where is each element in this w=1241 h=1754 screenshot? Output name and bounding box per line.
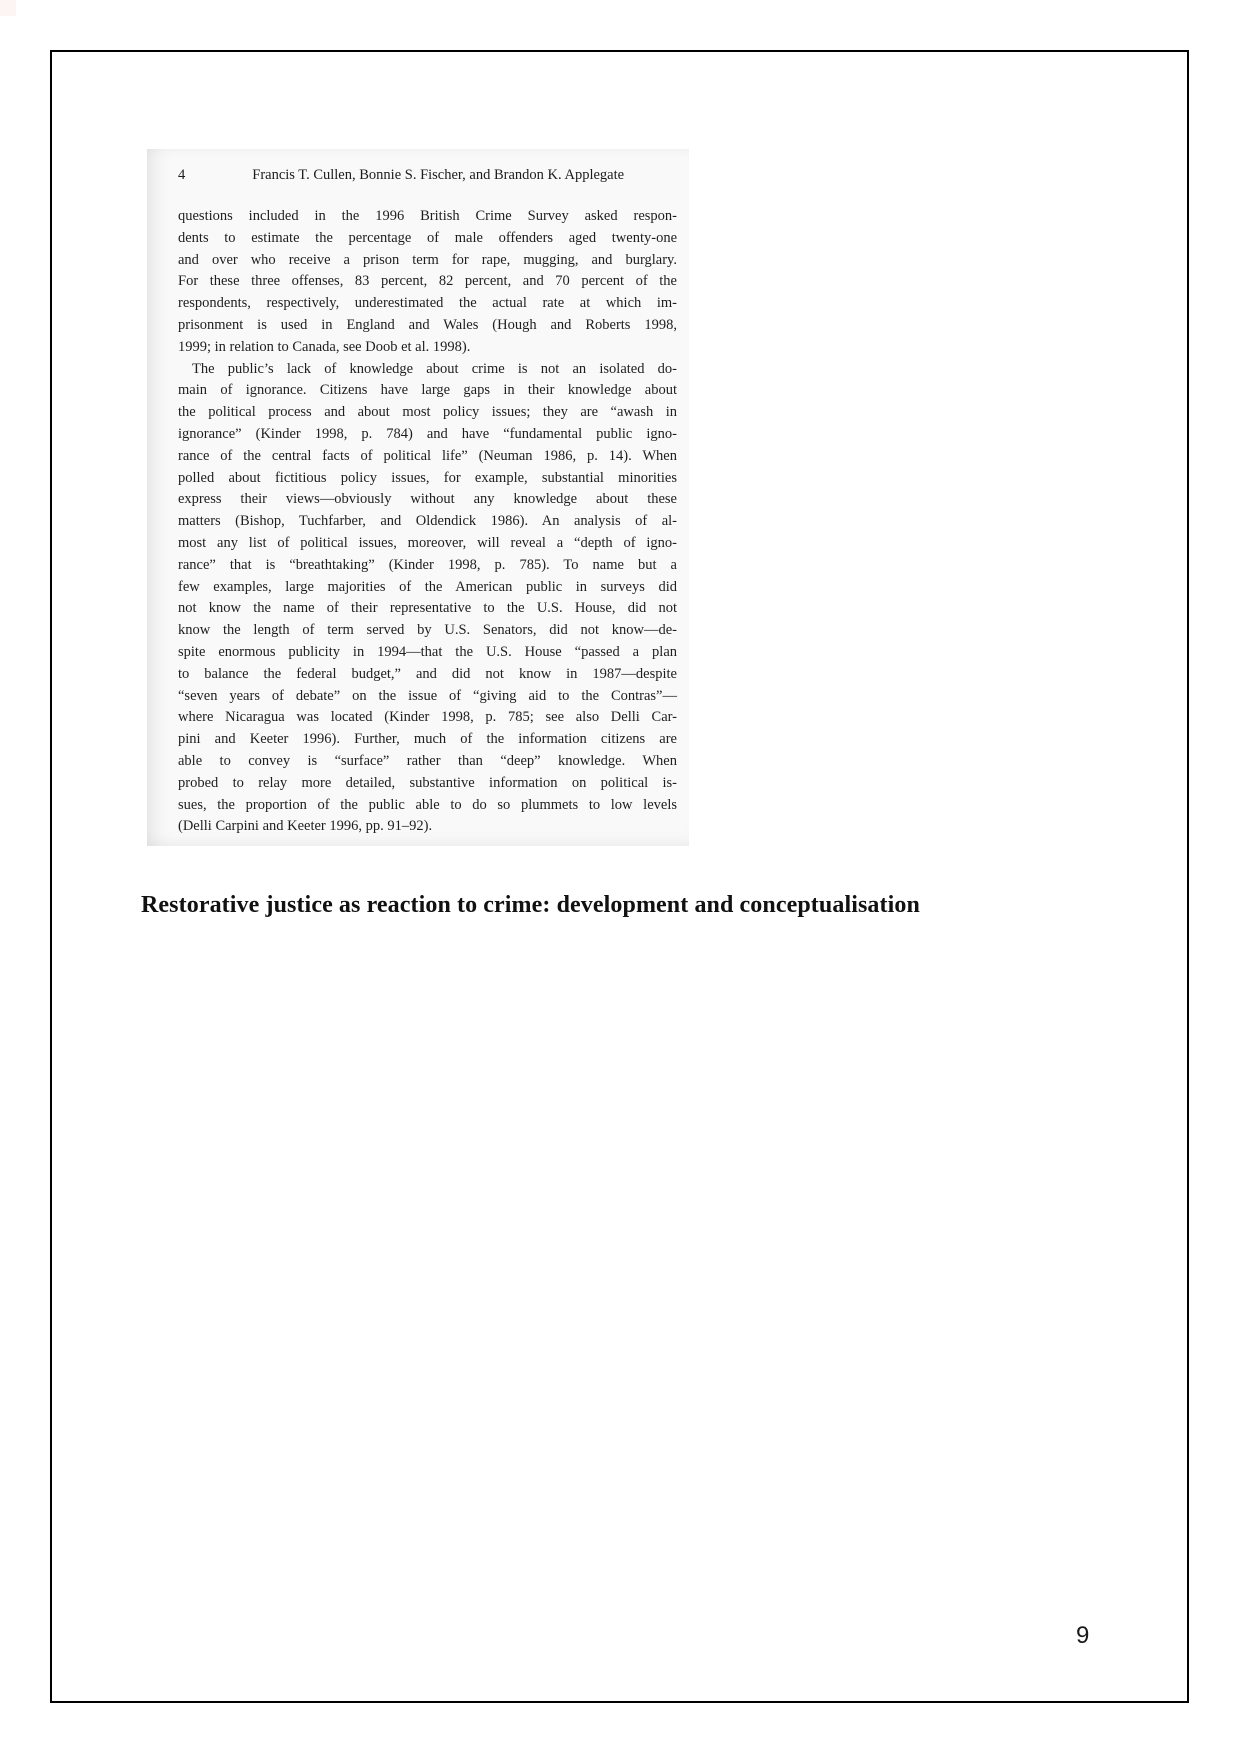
scan-running-header: 4 Francis T. Cullen, Bonnie S. Fischer, … xyxy=(178,166,677,184)
scan-text-line: pini and Keeter 1996). Further, much of … xyxy=(178,729,677,751)
scan-text-line: where Nicaragua was located (Kinder 1998… xyxy=(178,707,677,729)
scan-text-line: the political process and about most pol… xyxy=(178,402,677,424)
scan-text-line: few examples, large majorities of the Am… xyxy=(178,577,677,599)
scan-text-line: to balance the federal budget,” and did … xyxy=(178,664,677,686)
scan-text-line: ignorance” (Kinder 1998, p. 784) and hav… xyxy=(178,424,677,446)
scan-text-line: main of ignorance. Citizens have large g… xyxy=(178,380,677,402)
scan-body-text: questions included in the 1996 British C… xyxy=(178,206,677,838)
scan-text-line: “seven years of debate” on the issue of … xyxy=(178,686,677,708)
scan-text-line: 1999; in relation to Canada, see Doob et… xyxy=(178,337,677,359)
scan-text-line: rance” that is “breathtaking” (Kinder 19… xyxy=(178,555,677,577)
scan-text-line: The public’s lack of knowledge about cri… xyxy=(178,359,677,381)
page-frame: 4 Francis T. Cullen, Bonnie S. Fischer, … xyxy=(50,50,1189,1703)
scan-text-line: For these three offenses, 83 percent, 82… xyxy=(178,271,677,293)
scan-text-line: questions included in the 1996 British C… xyxy=(178,206,677,228)
page-number: 9 xyxy=(1076,1622,1089,1650)
scan-text-line: not know the name of their representativ… xyxy=(178,598,677,620)
scan-text-line: most any list of political issues, moreo… xyxy=(178,533,677,555)
scan-page-number: 4 xyxy=(178,166,185,184)
scan-text-line: respondents, respectively, underestimate… xyxy=(178,293,677,315)
scan-text-line: dents to estimate the percentage of male… xyxy=(178,228,677,250)
scan-text-line: matters (Bishop, Tuchfarber, and Oldendi… xyxy=(178,511,677,533)
scanned-book-page: 4 Francis T. Cullen, Bonnie S. Fischer, … xyxy=(147,149,689,846)
scan-text-line: prisonment is used in England and Wales … xyxy=(178,315,677,337)
scan-text-line: know the length of term served by U.S. S… xyxy=(178,620,677,642)
scan-text-line: sues, the proportion of the public able … xyxy=(178,795,677,817)
section-heading: Restorative justice as reaction to crime… xyxy=(141,892,1141,919)
scan-text-line: express their views—obviously without an… xyxy=(178,489,677,511)
scan-running-head: Francis T. Cullen, Bonnie S. Fischer, an… xyxy=(252,166,624,184)
scan-text-line: and over who receive a prison term for r… xyxy=(178,250,677,272)
scan-text-line: (Delli Carpini and Keeter 1996, pp. 91–9… xyxy=(178,816,677,838)
scan-text-line: able to convey is “surface” rather than … xyxy=(178,751,677,773)
scan-text-line: rance of the central facts of political … xyxy=(178,446,677,468)
scan-text-line: probed to relay more detailed, substanti… xyxy=(178,773,677,795)
corner-artifact xyxy=(0,0,16,16)
scan-text-line: polled about fictitious policy issues, f… xyxy=(178,468,677,490)
scan-text-line: spite enormous publicity in 1994—that th… xyxy=(178,642,677,664)
